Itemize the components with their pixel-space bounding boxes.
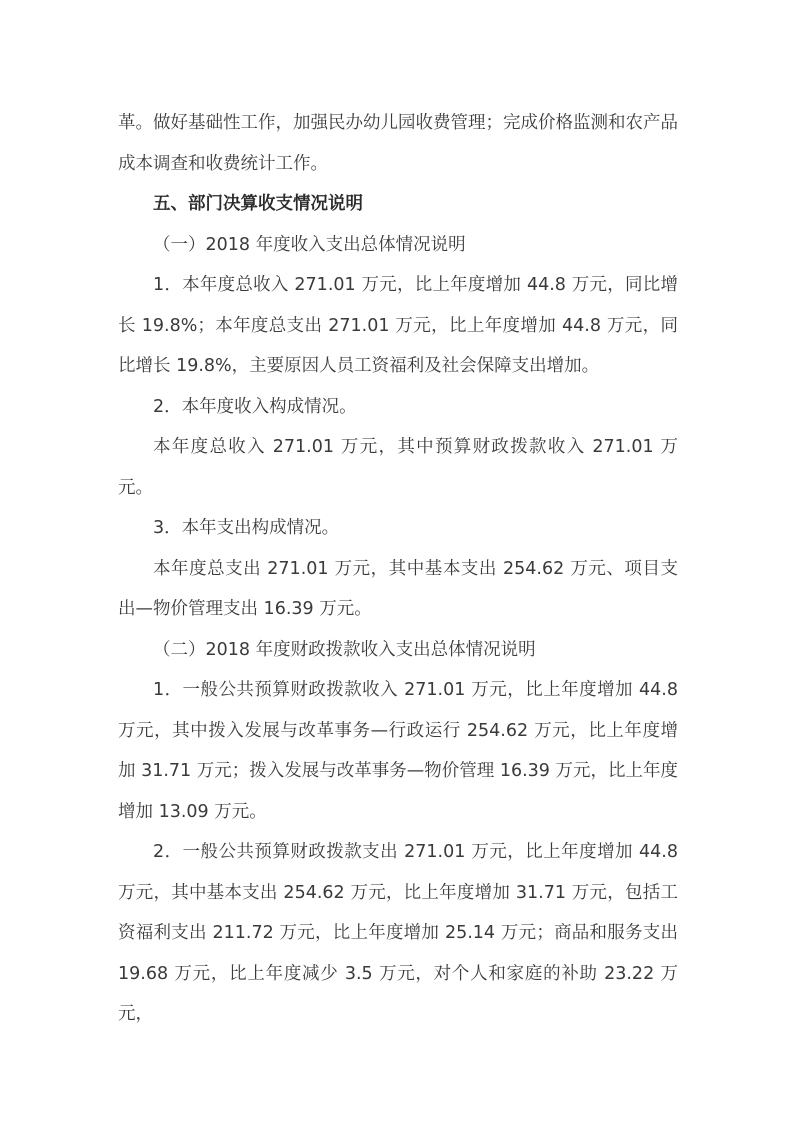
document-page: 革。做好基础性工作，加强民办幼儿园收费管理；完成价格监测和农产品成本调查和收费统… [0, 0, 793, 1122]
paragraph-2-1: 1．一般公共预算财政拨款收入 271.01 万元，比上年度增加 44.8 万元，… [118, 670, 678, 832]
paragraph-1-1: 1．本年度总收入 271.01 万元，比上年度增加 44.8 万元，同比增长 1… [118, 265, 678, 387]
document-body: 革。做好基础性工作，加强民办幼儿园收费管理；完成价格监测和农产品成本调查和收费统… [118, 103, 678, 1035]
paragraph-1-3: 3．本年支出构成情况。 [118, 508, 678, 549]
subsection-heading-2: （二）2018 年度财政拨款收入支出总体情况说明 [118, 630, 678, 671]
paragraph-1-3-detail: 本年度总支出 271.01 万元，其中基本支出 254.62 万元、项目支出—物… [118, 549, 678, 630]
paragraph-2-2: 2．一般公共预算财政拨款支出 271.01 万元，比上年度增加 44.8 万元，… [118, 832, 678, 1035]
subsection-heading-1: （一）2018 年度收入支出总体情况说明 [118, 225, 678, 266]
paragraph-1-2: 2．本年度收入构成情况。 [118, 387, 678, 428]
section-heading-5: 五、部门决算收支情况说明 [118, 184, 678, 225]
paragraph-continuation: 革。做好基础性工作，加强民办幼儿园收费管理；完成价格监测和农产品成本调查和收费统… [118, 103, 678, 184]
paragraph-1-2-detail: 本年度总收入 271.01 万元，其中预算财政拨款收入 271.01 万元。 [118, 427, 678, 508]
